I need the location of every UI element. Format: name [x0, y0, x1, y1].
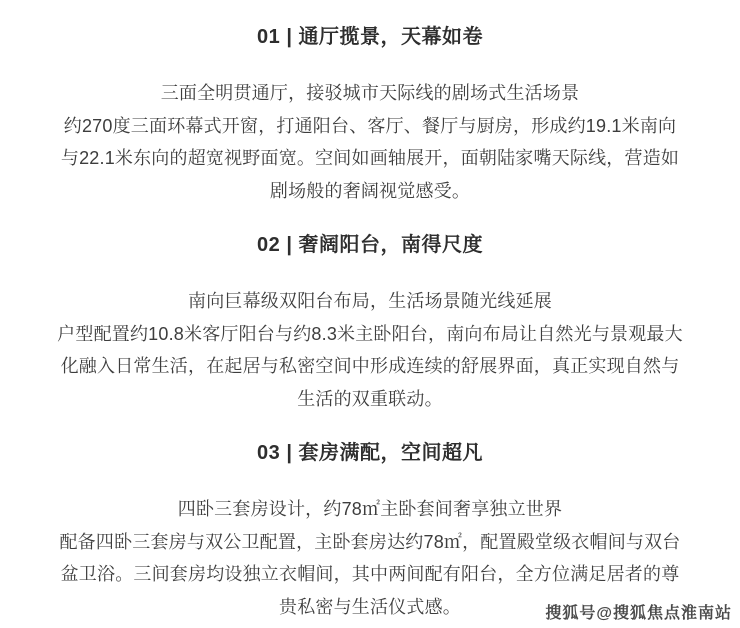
- page: { "colors": { "background": "#ffffff", "…: [0, 0, 740, 628]
- paragraph-line: 生活的双重联动。: [54, 383, 686, 416]
- paragraph-line: 盆卫浴。三间套房均设独立衣帽间，其中两间配有阳台，全方位满足居者的尊: [54, 558, 686, 591]
- article-body: 01 | 通厅揽景，天幕如卷 三面全明贯通厅，接驳城市天际线的剧场式生活场景 约…: [54, 0, 686, 623]
- section-03: 03 | 套房满配，空间超凡 四卧三套房设计，约78㎡主卧套间奢享独立世界 配备…: [54, 437, 686, 623]
- paragraph-line: 配备四卧三套房与双公卫配置，主卧套房达约78㎡，配置殿堂级衣帽间与双台: [54, 526, 686, 559]
- section-01: 01 | 通厅揽景，天幕如卷 三面全明贯通厅，接驳城市天际线的剧场式生活场景 约…: [54, 21, 686, 207]
- paragraph-line: 三面全明贯通厅，接驳城市天际线的剧场式生活场景: [54, 77, 686, 110]
- section-02-heading: 02 | 奢阔阳台，南得尺度: [54, 229, 686, 261]
- section-01-heading: 01 | 通厅揽景，天幕如卷: [54, 21, 686, 53]
- paragraph-line: 与22.1米东向的超宽视野面宽。空间如画轴展开，面朝陆家嘴天际线，营造如: [54, 142, 686, 175]
- paragraph-line: 约270度三面环幕式开窗，打通阳台、客厅、餐厅与厨房，形成约19.1米南向: [54, 110, 686, 143]
- section-02: 02 | 奢阔阳台，南得尺度 南向巨幕级双阳台布局，生活场景随光线延展 户型配置…: [54, 229, 686, 415]
- paragraph-line: 四卧三套房设计，约78㎡主卧套间奢享独立世界: [54, 493, 686, 526]
- paragraph-line: 剧场般的奢阔视觉感受。: [54, 175, 686, 208]
- paragraph-line: 户型配置约10.8米客厅阳台与约8.3米主卧阳台，南向布局让自然光与景观最大: [54, 318, 686, 351]
- section-03-heading: 03 | 套房满配，空间超凡: [54, 437, 686, 469]
- paragraph-line: 化融入日常生活，在起居与私密空间中形成连续的舒展界面，真正实现自然与: [54, 350, 686, 383]
- paragraph-line: 南向巨幕级双阳台布局，生活场景随光线延展: [54, 285, 686, 318]
- sohu-watermark: 搜狐号@搜狐焦点淮南站: [545, 600, 732, 623]
